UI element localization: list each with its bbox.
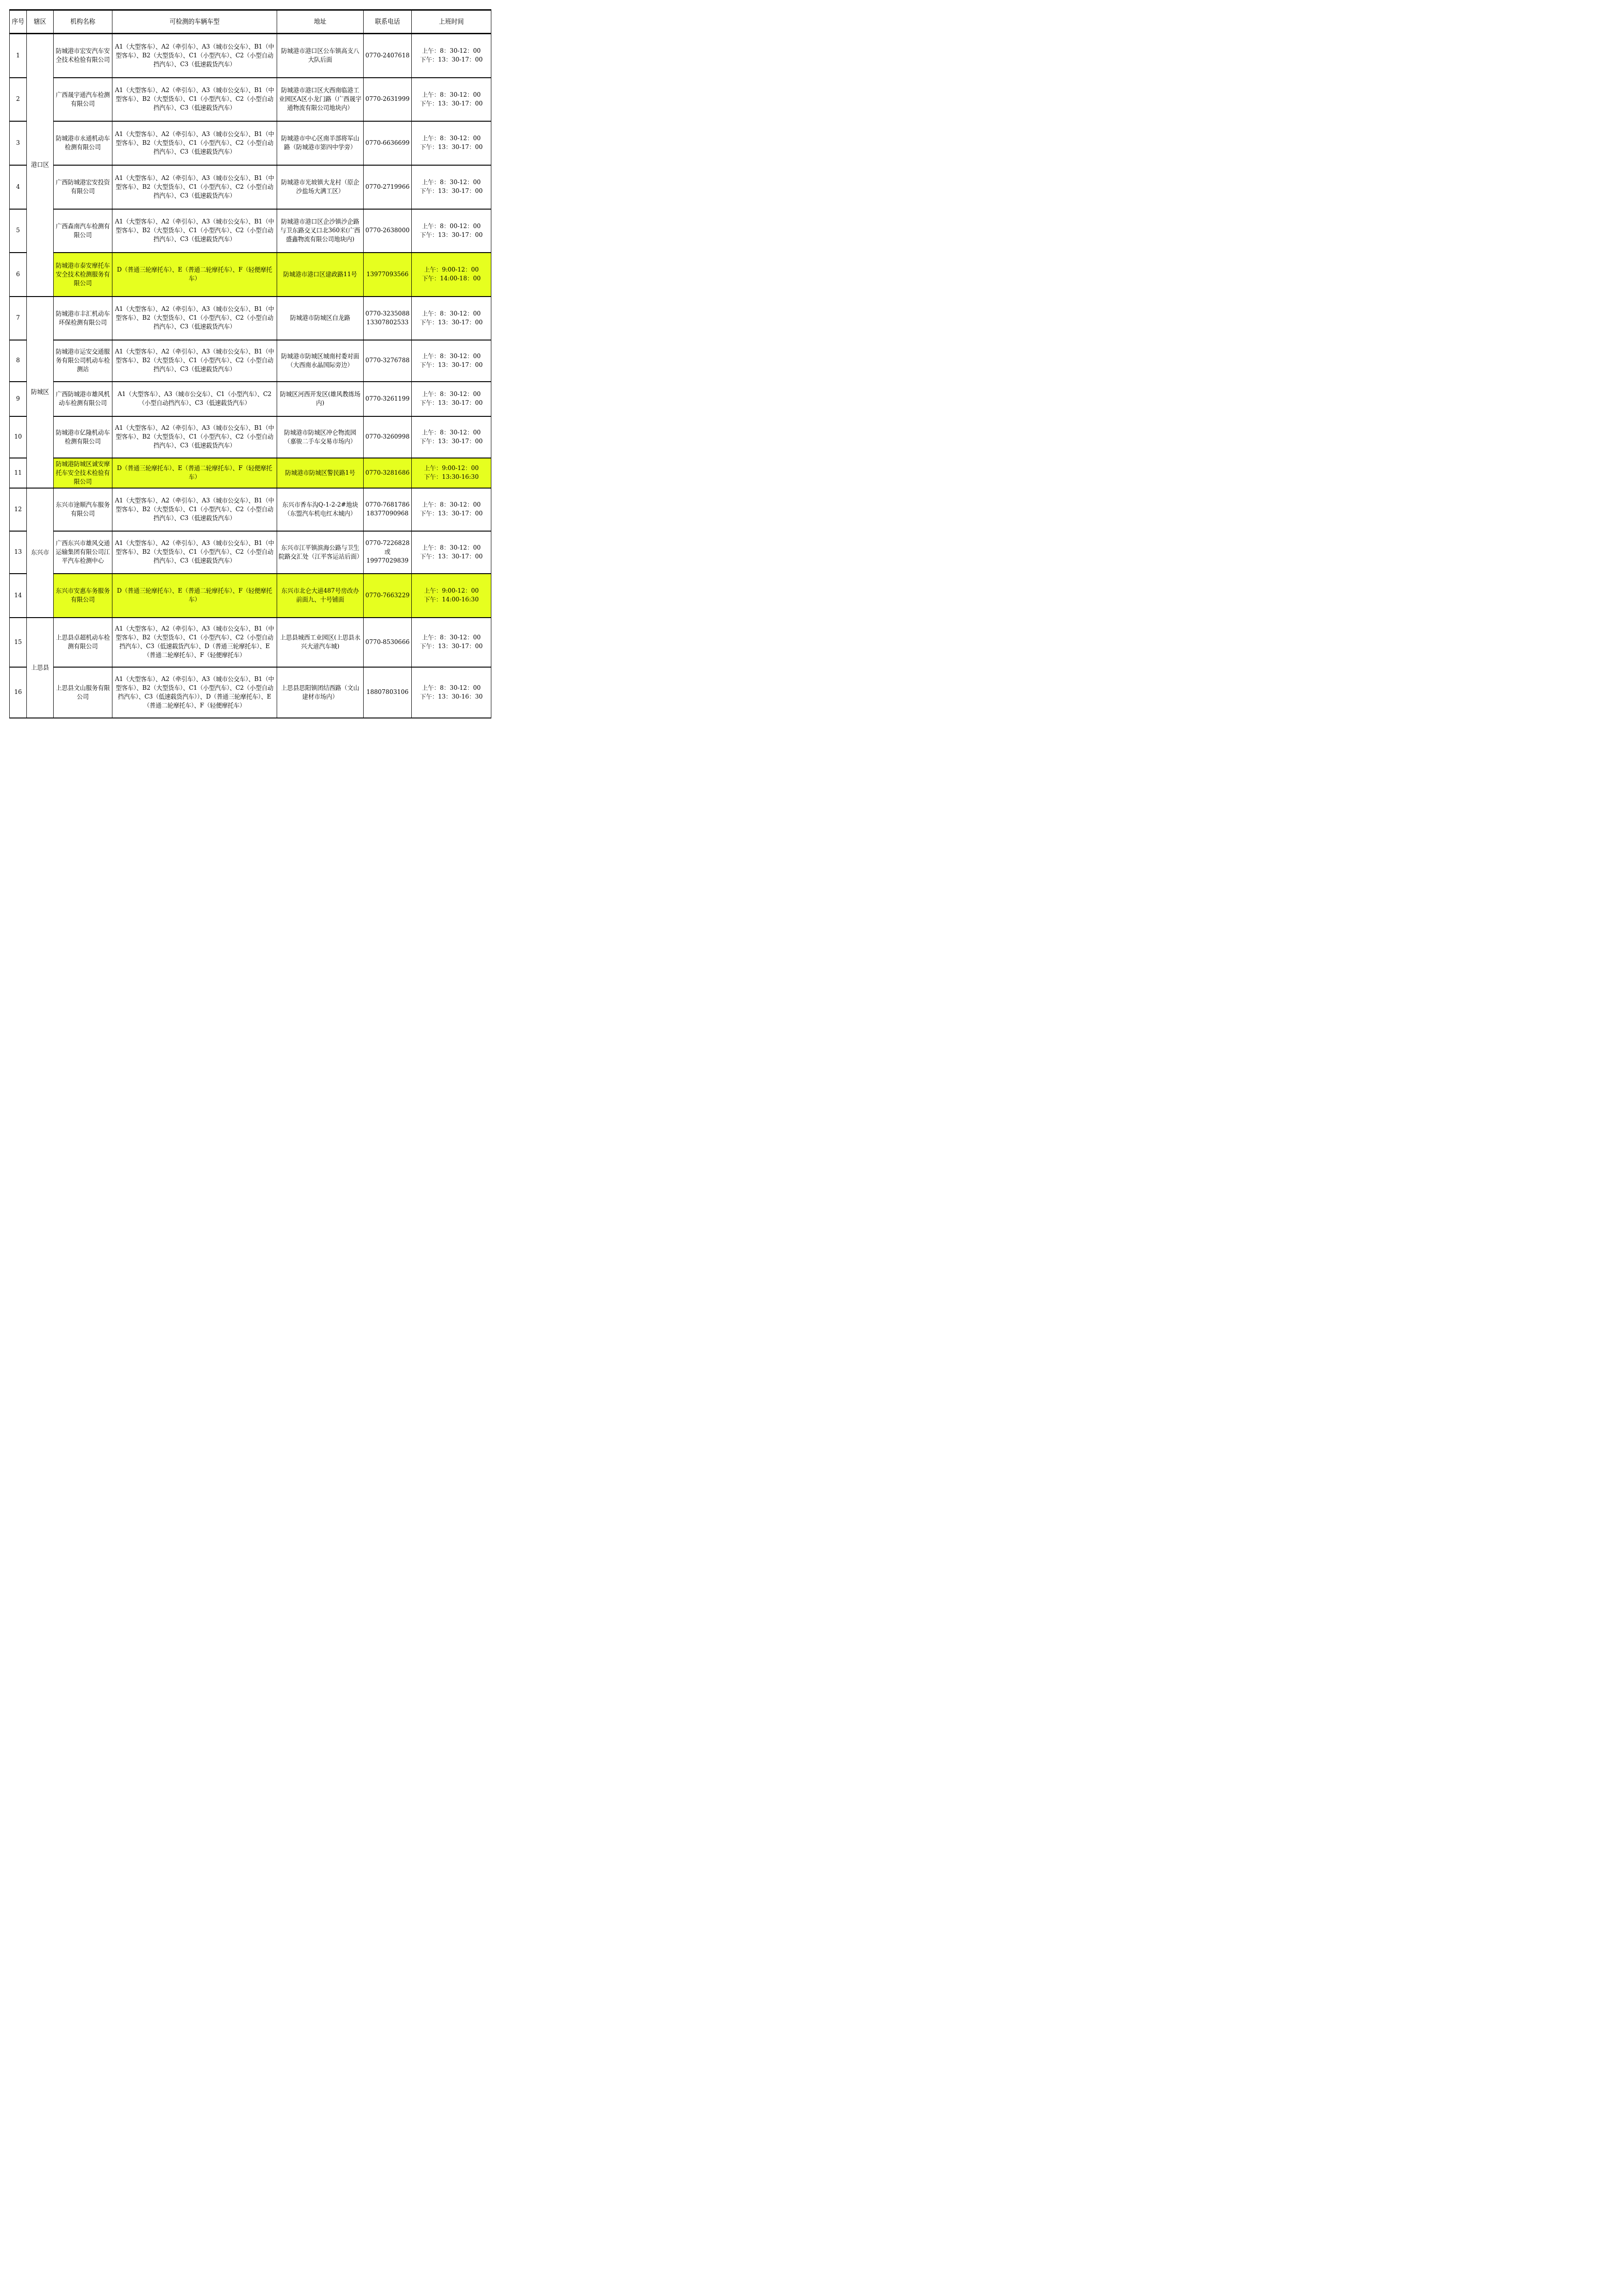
phone-line-1: 0770-2638000 [365,226,410,235]
cell-hours: 上午：8：30-12：00 下午：13：30-17：00 [412,297,491,340]
cell-name: 广西晟宇通汽车检测有限公司 [54,78,112,121]
table-row: 1 港口区 防城港市宏安汽车安全技术检验有限公司 A1（大型客车）、A2（牵引车… [10,34,491,78]
table-row: 8 防城港市运安交通服务有限公司机动车检测站 A1（大型客车）、A2（牵引车）、… [10,340,491,382]
cell-phone: 13977093566 [364,253,412,297]
cell-address: 上思县城西工业园区(上思县永兴大道汽车城) [277,618,364,667]
cell-address: 防城港市防城区警民路1号 [277,458,364,488]
cell-hours: 上午：8：30-12：00 下午：13：30-17：00 [412,121,491,165]
cell-name: 广西森南汽车检测有限公司 [54,209,112,253]
cell-district-shangsi: 上思县 [27,618,54,718]
cell-address: 防城港市港口区公车镇高支八大队后面 [277,34,364,78]
cell-vehicle-types: A1（大型客车）、A2（牵引车）、A3（城市公交车）、B1（中型客车）、B2（大… [112,667,277,718]
cell-phone: 0770-8530666 [364,618,412,667]
hours-pm: 下午：13：30-17：00 [413,143,489,152]
cell-no: 13 [10,531,27,574]
hours-am: 上午：8：30-12：00 [413,633,489,642]
hours-am: 上午：8：30-12：00 [413,47,489,56]
hours-pm: 下午：13：30-16：30 [413,693,489,701]
cell-phone: 0770-7663229 [364,574,412,618]
hours-am: 上午：8：30-12：00 [413,501,489,509]
cell-phone: 0770-2719966 [364,165,412,209]
phone-line-1: 0770-3281686 [365,469,410,477]
cell-no: 10 [10,416,27,458]
cell-address: 东兴市北仑大道487号房改办前面九、十号铺面 [277,574,364,618]
hours-pm: 下午：13:30-16:30 [413,473,489,482]
phone-line-1: 0770-2631999 [365,95,410,104]
hours-am: 上午：8：30-12：00 [413,352,489,361]
phone-line-1: 0770-3276788 [365,356,410,365]
cell-hours: 上午：9:00-12：00 下午：14:00-16:30 [412,574,491,618]
phone-line-1: 0770-7663229 [365,591,410,600]
cell-vehicle-types: A1（大型客车）、A2（牵引车）、A3（城市公交车）、B1（中型客车）、B2（大… [112,78,277,121]
table-row: 7 防城区 防城港市丰汇机动车环保检测有限公司 A1（大型客车）、A2（牵引车）… [10,297,491,340]
cell-district-dongxing: 东兴市 [27,488,54,618]
hours-am: 上午：9:00-12：00 [413,266,489,274]
cell-no: 15 [10,618,27,667]
cell-no: 8 [10,340,27,382]
table-row: 14 东兴市安惠车务服务有限公司 D（普通三轮摩托车）、E（普通二轮摩托车）、F… [10,574,491,618]
phone-line-1: 18807803106 [365,688,410,697]
phone-line-1: 0770-6636699 [365,139,410,148]
cell-phone: 0770-3235088 13307802533 [364,297,412,340]
cell-hours: 上午：8：30-12：00 下午：13：30-17：00 [412,165,491,209]
cell-no: 12 [10,488,27,531]
cell-address: 上思县思阳镇团结西路（文山建材市场内） [277,667,364,718]
phone-line-3: 19977029839 [365,557,410,565]
cell-name: 广西防城港宏安投资有限公司 [54,165,112,209]
phone-line-1: 0770-8530666 [365,638,410,647]
cell-name: 防城港市永通机动车检测有限公司 [54,121,112,165]
table-row: 15 上思县 上思县卓超机动车检测有限公司 A1（大型客车）、A2（牵引车）、A… [10,618,491,667]
hours-pm: 下午：13：30-17：00 [413,99,489,108]
hours-pm: 下午：13：30-17：00 [413,509,489,518]
table-row: 4 广西防城港宏安投资有限公司 A1（大型客车）、A2（牵引车）、A3（城市公交… [10,165,491,209]
cell-hours: 上午：8：30-12：00 下午：13：30-17：00 [412,531,491,574]
hours-am: 上午：8：30-12：00 [413,134,489,143]
header-phone: 联系电话 [364,10,412,34]
cell-vehicle-types: A1（大型客车）、A2（牵引车）、A3（城市公交车）、B1（中型客车）、B2（大… [112,165,277,209]
hours-pm: 下午：13：30-17：00 [413,231,489,240]
cell-phone: 0770-2631999 [364,78,412,121]
cell-name: 防城港市运安交通服务有限公司机动车检测站 [54,340,112,382]
cell-phone: 0770-7681786 18377090968 [364,488,412,531]
hours-pm: 下午：14:00-16:30 [413,595,489,604]
phone-line-2: 或 [365,548,410,557]
hours-am: 上午：9:00-12：00 [413,464,489,473]
cell-no: 11 [10,458,27,488]
cell-name: 东兴市安惠车务服务有限公司 [54,574,112,618]
cell-no: 6 [10,253,27,297]
cell-address: 东兴市香车沟Q-1-2-2#地块（东盟汽车机电红木城内） [277,488,364,531]
phone-line-2: 18377090968 [365,509,410,518]
hours-pm: 下午：13：30-17：00 [413,437,489,446]
table-row: 3 防城港市永通机动车检测有限公司 A1（大型客车）、A2（牵引车）、A3（城市… [10,121,491,165]
cell-address: 防城区河西开发区(雄风教练场内) [277,382,364,416]
cell-name: 广西防城港市雄风机动车检测有限公司 [54,382,112,416]
phone-line-2: 13307802533 [365,318,410,327]
cell-address: 防城港市光坡镇大龙村（原企沙盐场大满工区） [277,165,364,209]
phone-line-1: 0770-7226828 [365,539,410,548]
header-name: 机构名称 [54,10,112,34]
cell-vehicle-types: A1（大型客车）、A2（牵引车）、A3（城市公交车）、B1（中型客车）、B2（大… [112,121,277,165]
table-body: 1 港口区 防城港市宏安汽车安全技术检验有限公司 A1（大型客车）、A2（牵引车… [10,34,491,718]
hours-pm: 下午：13：30-17：00 [413,361,489,370]
cell-vehicle-types: D（普通三轮摩托车）、E（普通二轮摩托车）、F（轻便摩托车） [112,574,277,618]
cell-hours: 上午：8：30-12：00 下午：13：30-17：00 [412,416,491,458]
cell-name: 上思县卓超机动车检测有限公司 [54,618,112,667]
cell-address: 防城港市防城区城南村委对面（大西南水晶国际旁边） [277,340,364,382]
table-row: 2 广西晟宇通汽车检测有限公司 A1（大型客车）、A2（牵引车）、A3（城市公交… [10,78,491,121]
header-hours: 上班时间 [412,10,491,34]
cell-phone: 0770-3281686 [364,458,412,488]
cell-hours: 上午：8：30-12：00 下午：13：30-17：00 [412,618,491,667]
phone-line-1: 0770-3235088 [365,309,410,318]
hours-pm: 下午：13：30-17：00 [413,187,489,196]
cell-hours: 上午：8：30-12：00 下午：13：30-17：00 [412,340,491,382]
hours-pm: 下午：13：30-17：00 [413,318,489,327]
cell-hours: 上午：8：30-12：00 下午：13：30-16：30 [412,667,491,718]
cell-vehicle-types: A1（大型客车）、A2（牵引车）、A3（城市公交车）、B1（中型客车）、B2（大… [112,531,277,574]
table-row: 6 防城港市泰安摩托车安全技术检测服务有限公司 D（普通三轮摩托车）、E（普通二… [10,253,491,297]
table-row: 10 防城港市亿隆机动车检测有限公司 A1（大型客车）、A2（牵引车）、A3（城… [10,416,491,458]
hours-am: 上午：9:00-12：00 [413,587,489,595]
phone-line-1: 0770-2719966 [365,183,410,192]
hours-am: 上午：8：30-12：00 [413,390,489,399]
cell-address: 东兴市江平镇滨海公路与卫生院路交汇处（江平客运站后面） [277,531,364,574]
cell-address: 防城港市港口区企沙镇沙企路与卫东路交叉口北360米(广西盛鑫物流有限公司地块内) [277,209,364,253]
cell-district-gangkou: 港口区 [27,34,54,297]
cell-name: 防城港防城区诚安摩托车安全技术检验有限公司 [54,458,112,488]
cell-vehicle-types: A1（大型客车）、A2（牵引车）、A3（城市公交车）、B1（中型客车）、B2（大… [112,618,277,667]
hours-am: 上午：8：00-12：00 [413,222,489,231]
header-no: 序号 [10,10,27,34]
phone-line-1: 0770-3260998 [365,433,410,441]
hours-pm: 下午：13：30-17：00 [413,56,489,64]
cell-no: 14 [10,574,27,618]
phone-line-1: 0770-2407618 [365,51,410,60]
cell-no: 1 [10,34,27,78]
cell-phone: 0770-3261199 [364,382,412,416]
cell-vehicle-types: D（普通三轮摩托车）、E（普通二轮摩托车）、F（轻便摩托车） [112,458,277,488]
cell-phone: 0770-3260998 [364,416,412,458]
cell-address: 防城港市港口区大西南临港工业园区A区小龙门路（广西晟宇通物流有限公司地块内） [277,78,364,121]
cell-address: 防城港市防城区白龙路 [277,297,364,340]
phone-line-1: 0770-7681786 [365,501,410,509]
cell-name: 防城港市泰安摩托车安全技术检测服务有限公司 [54,253,112,297]
hours-am: 上午：8：30-12：00 [413,178,489,187]
cell-district-fangcheng: 防城区 [27,297,54,488]
table-row: 12 东兴市 东兴市途顺汽车服务有限公司 A1（大型客车）、A2（牵引车）、A3… [10,488,491,531]
hours-am: 上午：8：30-12：00 [413,684,489,693]
cell-address: 防城港市港口区建政路11号 [277,253,364,297]
cell-phone: 0770-3276788 [364,340,412,382]
cell-hours: 上午：9:00-12：00 下午：14:00-18：00 [412,253,491,297]
header-district: 辖区 [27,10,54,34]
phone-line-1: 13977093566 [365,270,410,279]
hours-pm: 下午：14:00-18：00 [413,274,489,283]
cell-vehicle-types: A1（大型客车）、A2（牵引车）、A3（城市公交车）、B1（中型客车）、B2（大… [112,340,277,382]
cell-phone: 0770-2407618 [364,34,412,78]
cell-vehicle-types: D（普通三轮摩托车）、E（普通二轮摩托车）、F（轻便摩托车） [112,253,277,297]
cell-hours: 上午：8：30-12：00 下午：13：30-17：00 [412,34,491,78]
cell-hours: 上午：8：00-12：00 下午：13：30-17：00 [412,209,491,253]
cell-name: 防城港市宏安汽车安全技术检验有限公司 [54,34,112,78]
hours-am: 上午：8：30-12：00 [413,544,489,552]
header-row: 序号 辖区 机构名称 可检测的车辆车型 地址 联系电话 上班时间 [10,10,491,34]
cell-vehicle-types: A1（大型客车）、A3（城市公交车）、C1（小型汽车）、C2（小型自动挡汽车）、… [112,382,277,416]
hours-pm: 下午：13：30-17：00 [413,399,489,408]
cell-no: 5 [10,209,27,253]
header-address: 地址 [277,10,364,34]
cell-no: 2 [10,78,27,121]
cell-phone: 18807803106 [364,667,412,718]
cell-address: 防城港市中心区南半部将军山路（防城港市第四中学旁） [277,121,364,165]
cell-address: 防城港市防城区冲仑物流园（嘉骏二手车交易市场内） [277,416,364,458]
header-vehicle-types: 可检测的车辆车型 [112,10,277,34]
table-row: 11 防城港防城区诚安摩托车安全技术检验有限公司 D（普通三轮摩托车）、E（普通… [10,458,491,488]
cell-no: 9 [10,382,27,416]
cell-name: 东兴市途顺汽车服务有限公司 [54,488,112,531]
cell-phone: 0770-6636699 [364,121,412,165]
phone-line-1: 0770-3261199 [365,395,410,403]
cell-vehicle-types: A1（大型客车）、A2（牵引车）、A3（城市公交车）、B1（中型客车）、B2（大… [112,297,277,340]
hours-am: 上午：8：30-12：00 [413,428,489,437]
cell-name: 防城港市亿隆机动车检测有限公司 [54,416,112,458]
cell-vehicle-types: A1（大型客车）、A2（牵引车）、A3（城市公交车）、B1（中型客车）、B2（大… [112,416,277,458]
cell-phone: 0770-7226828 或 19977029839 [364,531,412,574]
cell-vehicle-types: A1（大型客车）、A2（牵引车）、A3（城市公交车）、B1（中型客车）、B2（大… [112,34,277,78]
cell-hours: 上午：8：30-12：00 下午：13：30-17：00 [412,78,491,121]
cell-no: 4 [10,165,27,209]
cell-hours: 上午：9:00-12：00 下午：13:30-16:30 [412,458,491,488]
cell-vehicle-types: A1（大型客车）、A2（牵引车）、A3（城市公交车）、B1（中型客车）、B2（大… [112,209,277,253]
cell-no: 7 [10,297,27,340]
table-row: 9 广西防城港市雄风机动车检测有限公司 A1（大型客车）、A3（城市公交车）、C… [10,382,491,416]
hours-pm: 下午：13：30-17：00 [413,642,489,651]
hours-pm: 下午：13：30-17：00 [413,552,489,561]
table-row: 16 上思县文山服务有限公司 A1（大型客车）、A2（牵引车）、A3（城市公交车… [10,667,491,718]
hours-am: 上午：8：30-12：00 [413,91,489,99]
cell-vehicle-types: A1（大型客车）、A2（牵引车）、A3（城市公交车）、B1（中型客车）、B2（大… [112,488,277,531]
hours-am: 上午：8：30-12：00 [413,309,489,318]
cell-hours: 上午：8：30-12：00 下午：13：30-17：00 [412,488,491,531]
inspection-stations-table: 序号 辖区 机构名称 可检测的车辆车型 地址 联系电话 上班时间 1 港口区 防… [9,9,491,718]
table-row: 5 广西森南汽车检测有限公司 A1（大型客车）、A2（牵引车）、A3（城市公交车… [10,209,491,253]
cell-phone: 0770-2638000 [364,209,412,253]
cell-name: 防城港市丰汇机动车环保检测有限公司 [54,297,112,340]
cell-no: 3 [10,121,27,165]
table-row: 13 广西东兴市雄风交通运输集团有限公司江平汽车检测中心 A1（大型客车）、A2… [10,531,491,574]
cell-name: 广西东兴市雄风交通运输集团有限公司江平汽车检测中心 [54,531,112,574]
cell-no: 16 [10,667,27,718]
cell-hours: 上午：8：30-12：00 下午：13：30-17：00 [412,382,491,416]
cell-name: 上思县文山服务有限公司 [54,667,112,718]
